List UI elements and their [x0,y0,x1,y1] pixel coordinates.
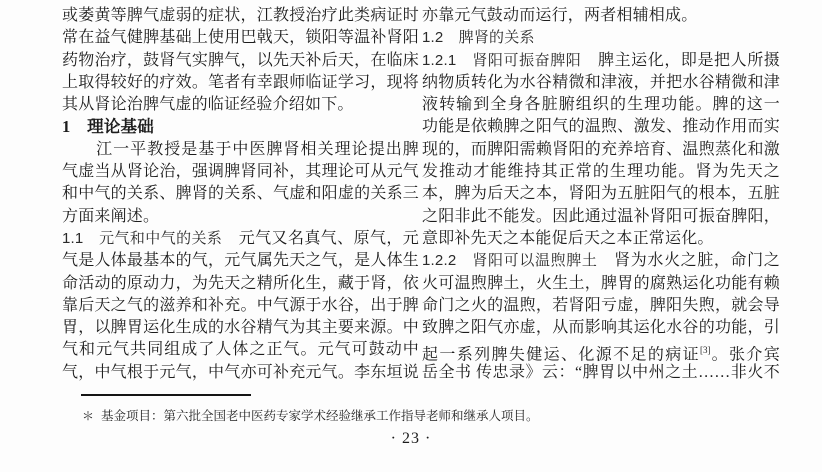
text-line: 液转输到全身各脏腑组织的生理功能。脾的这一 [422,94,780,116]
text-segment: 功能是依赖脾之阳气的温煦、激发、推动作用而实 [422,118,780,135]
subsection-heading: 1.2.1 肾阳可振奋脾阳 [422,52,581,69]
page-number: · 23 · [0,430,822,448]
text-line: 火可温煦脾土，火生土，脾胃的腐熟运化功能有赖 [422,273,780,295]
text-column-right: 亦靠元气鼓动而运行，两者相辅相成。1.2 脾肾的关系1.2.1 肾阳可振奋脾阳 … [422,5,780,384]
text-line: 亦靠元气鼓动而运行，两者相辅相成。 [422,5,780,27]
text-line: 气虚当从肾论治，强调脾肾同补，其理论可从元气 [62,161,419,183]
document-page: 或萎黄等脾气虚弱的症状，江教授治疗此类病证时常在益气健脾基础上使用巴戟天，锁阳等… [0,0,822,472]
text-segment: 元气又名真气、原气，元 [222,230,419,247]
footnote-text: 基金项目：第六批全国老中医药专家学术经验继承工作指导老师和继承人项目。 [101,409,539,423]
text-line: 气是人体最基本的气，元气属先天之气，是人体生 [62,250,419,272]
text-line: 命门之火的温煦，若肾阳亏虚，脾阳失煦，就会导 [422,295,780,317]
subsection-heading: 1.2 脾肾的关系 [422,29,535,46]
text-line: 现的，而脾阳需赖肾阳的充养培育、温煦蒸化和激 [422,139,780,161]
text-line: 之阳非此不能发。因此通过温补肾阳可振奋脾阳， [422,206,780,228]
text-segment: 起一系列脾失健运、化源不足的病证 [422,347,700,362]
text-segment: 气，中气根于元气，中气亦可补充元气。李东垣说 [62,364,419,381]
text-line: 气，中气根于元气，中气亦可补充元气。李东垣说 [62,362,419,384]
text-segment: 脾主运化，即是把人所摄 [581,52,780,69]
text-line: 1 理论基础 [62,116,419,138]
text-line: 意即补先天之本能促后天之本正常运化。 [422,228,780,250]
text-segment: 本，脾为后天之本，肾阳为五脏阳气的根本，五脏 [422,185,780,202]
citation-reference: [3] [700,345,711,355]
text-line: 功能是依赖脾之阳气的温煦、激发、推动作用而实 [422,116,780,138]
text-segment: 气和元气共同组成了人体之正气。元气可鼓动中 [62,341,419,358]
text-segment: 其从肾论治脾气虚的临证经验介绍如下。 [62,96,354,113]
text-line: 或萎黄等脾气虚弱的症状，江教授治疗此类病证时 [62,5,419,27]
text-line: 命活动的原动力，为先天之精所化生，藏于肾，依 [62,273,419,295]
text-column-left: 或萎黄等脾气虚弱的症状，江教授治疗此类病证时常在益气健脾基础上使用巴戟天，锁阳等… [62,5,419,384]
text-segment: 致脾之阳气亦虚，从而影响其运化水谷的功能，引 [422,319,780,336]
text-segment: 意即补先天之本能促后天之本正常运化。 [422,230,714,247]
text-segment: 液转输到全身各脏腑组织的生理功能。脾的这一 [422,96,780,113]
footnote-divider [81,394,251,396]
text-segment: 命门之火的温煦，若肾阳亏虚，脾阳失煦，就会导 [422,297,780,314]
text-segment: 常在益气健脾基础上使用巴戟天，锁阳等温补肾阳 [62,29,419,46]
text-segment: 岳全书 传忠录》云：“脾胃以中州之土……非火不 [422,364,780,381]
text-line: 本，脾为后天之本，肾阳为五脏阳气的根本，五脏 [422,183,780,205]
text-line: 1.2 脾肾的关系 [422,27,780,49]
text-segment: 纳物质转化为水谷精微和津液，并把水谷精微和津 [422,74,780,91]
text-segment: 之阳非此不能发。因此通过温补肾阳可振奋脾阳， [422,208,780,225]
text-line: 发推动才能维持其正常的生理功能。肾为先天之 [422,161,780,183]
text-line: 起一系列脾失健运、化源不足的病证[3]。张介宾《景 [422,339,780,361]
text-segment: 现的，而脾阳需赖肾阳的充养培育、温煦蒸化和激 [422,141,780,158]
text-segment: 气是人体最基本的气，元气属先天之气，是人体生 [62,252,419,269]
text-line: 靠后天之气的滋养和补充。中气源于水谷，出于脾 [62,295,419,317]
text-line: 1.1 元气和中气的关系 元气又名真气、原气，元 [62,228,419,250]
text-segment: 或萎黄等脾气虚弱的症状，江教授治疗此类病证时 [62,7,419,24]
subsection-heading: 1.1 元气和中气的关系 [62,230,222,247]
footnote: ＊基金项目：第六批全国老中医药专家学术经验继承工作指导老师和继承人项目。 [82,408,722,425]
text-segment: 和中气的关系、脾肾的关系、气虚和阳虚的关系三 [62,185,419,202]
text-segment: 靠后天之气的滋养和补充。中气源于水谷，出于脾 [62,297,419,314]
text-line: 上取得较好的疗效。笔者有幸跟师临证学习，现将 [62,72,419,94]
footnote-marker: ＊ [82,409,94,423]
text-line: 岳全书 传忠录》云：“脾胃以中州之土……非火不 [422,362,780,384]
text-segment: 命活动的原动力，为先天之精所化生，藏于肾，依 [62,275,419,292]
text-line: 和中气的关系、脾肾的关系、气虚和阳虚的关系三 [62,183,419,205]
text-line: 1.2.1 肾阳可振奋脾阳 脾主运化，即是把人所摄 [422,50,780,72]
text-line: 胃，以脾胃运化生成的水谷精气为其主要来源。中 [62,317,419,339]
text-segment: 气虚当从肾论治，强调脾肾同补，其理论可从元气 [62,163,419,180]
text-segment: 方面来阐述。 [62,208,159,225]
text-segment: 上取得较好的疗效。笔者有幸跟师临证学习，现将 [62,74,419,91]
text-segment: 胃，以脾胃运化生成的水谷精气为其主要来源。中 [62,319,419,336]
text-line: 致脾之阳气亦虚，从而影响其运化水谷的功能，引 [422,317,780,339]
section-heading: 1 理论基础 [62,117,154,136]
text-line: 药物治疗，鼓肾气实脾气，以先天补后天，在临床 [62,50,419,72]
text-line: 江一平教授是基于中医脾肾相关理论提出脾 [62,139,419,161]
text-segment: 发推动才能维持其正常的生理功能。肾为先天之 [422,163,780,180]
text-segment: 肾为水火之脏，命门之 [597,252,780,269]
text-line: 方面来阐述。 [62,206,419,228]
subsection-heading: 1.2.2 肾阳可以温煦脾土 [422,252,597,269]
text-line: 纳物质转化为水谷精微和津液，并把水谷精微和津 [422,72,780,94]
text-line: 1.2.2 肾阳可以温煦脾土 肾为水火之脏，命门之 [422,250,780,272]
text-line: 其从肾论治脾气虚的临证经验介绍如下。 [62,94,419,116]
text-segment: 亦靠元气鼓动而运行，两者相辅相成。 [422,7,697,24]
text-line: 常在益气健脾基础上使用巴戟天，锁阳等温补肾阳 [62,27,419,49]
text-line: 气和元气共同组成了人体之正气。元气可鼓动中 [62,339,419,361]
text-segment: 药物治疗，鼓肾气实脾气，以先天补后天，在临床 [62,52,419,69]
text-segment: 火可温煦脾土，火生土，脾胃的腐熟运化功能有赖 [422,275,780,292]
text-segment: 江一平教授是基于中医脾肾相关理论提出脾 [62,141,419,158]
